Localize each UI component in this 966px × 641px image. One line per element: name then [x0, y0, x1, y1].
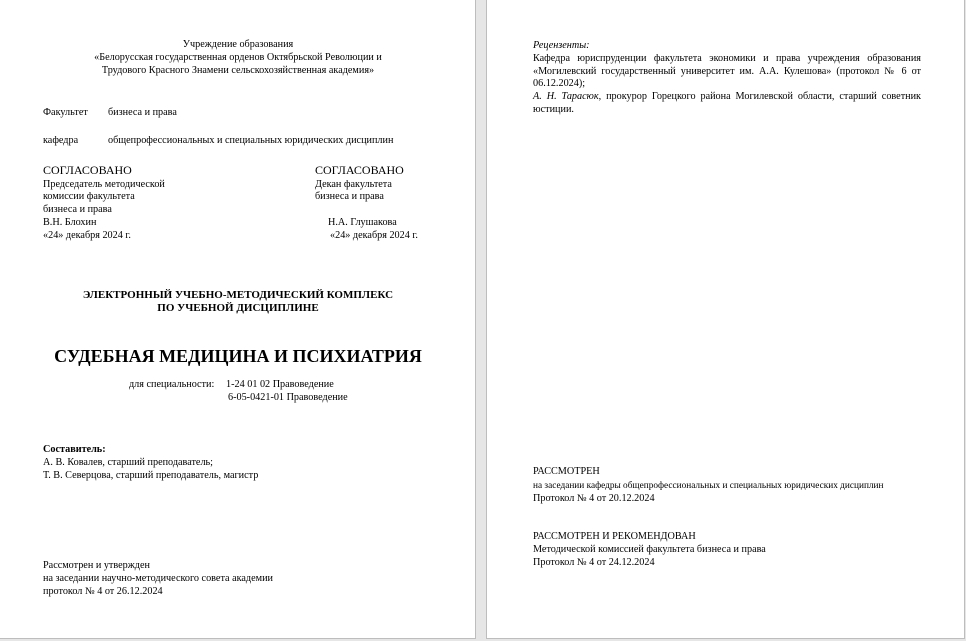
compilers-heading: Составитель:	[43, 444, 106, 457]
faculty-value: бизнеса и права	[108, 107, 177, 120]
approved-line-3: протокол № 4 от 26.12.2024	[43, 586, 163, 599]
complex-title-line-1: ЭЛЕКТРОННЫЙ УЧЕБНО-МЕТОДИЧЕСКИЙ КОМПЛЕКС	[0, 289, 476, 302]
reviewed-line-2: Протокол № 4 от 20.12.2024	[533, 493, 655, 506]
approved-line-2: на заседании научно-методического совета…	[43, 573, 273, 586]
reviewed-heading: РАССМОТРЕН	[533, 466, 600, 479]
approval-left-signer: В.Н. Блохин	[43, 217, 96, 230]
complex-title-line-2: ПО УЧЕБНОЙ ДИСЦИПЛИНЕ	[0, 302, 476, 315]
document-page-2: Рецензенты: Кафедра юриспруденции факуль…	[486, 0, 965, 639]
institution-line-3: Трудового Красного Знамени сельскохозяйс…	[0, 65, 476, 78]
department-value: общепрофессиональных и специальных юриди…	[108, 135, 393, 148]
reviewer-item-2: А. Н. Тарасюк, прокурор Горецкого района…	[533, 91, 921, 116]
approval-left-line: бизнеса и права	[43, 204, 112, 217]
institution-line-1: Учреждение образования	[0, 39, 476, 52]
specialty-item: 1-24 01 02 Правоведение	[226, 379, 334, 392]
approval-left-heading: СОГЛАСОВАНО	[43, 164, 132, 177]
approval-right-date: «24» декабря 2024 г.	[330, 230, 418, 243]
compiler-item: А. В. Ковалев, старший преподаватель;	[43, 457, 213, 470]
approval-left-line: Председатель методической	[43, 179, 165, 192]
approval-right-heading: СОГЛАСОВАНО	[315, 164, 404, 177]
discipline-title: СУДЕБНАЯ МЕДИЦИНА И ПСИХИАТРИЯ	[0, 345, 476, 367]
reviewed-line-1: на заседании кафедры общепрофессиональны…	[533, 480, 884, 493]
specialty-item: 6-05-0421-01 Правоведение	[228, 392, 348, 405]
compiler-item: Т. В. Северцова, старший преподаватель, …	[43, 470, 258, 483]
institution-line-2: «Белорусская государственная орденов Окт…	[0, 52, 476, 65]
approved-line-1: Рассмотрен и утвержден	[43, 560, 150, 573]
document-page-1: Учреждение образования «Белорусская госу…	[0, 0, 476, 639]
department-label: кафедра	[43, 135, 78, 148]
specialties-label: для специальности:	[129, 379, 214, 392]
reviewer-item-1: Кафедра юриспруденции факультета экономи…	[533, 53, 921, 91]
approval-right-line: бизнеса и права	[315, 191, 384, 204]
approval-right-line: Декан факультета	[315, 179, 392, 192]
reviewer-name: А. Н. Тарасюк,	[533, 91, 601, 102]
recommended-heading: РАССМОТРЕН И РЕКОМЕНДОВАН	[533, 531, 696, 544]
faculty-label: Факультет	[43, 107, 88, 120]
recommended-line-2: Протокол № 4 от 24.12.2024	[533, 557, 655, 570]
approval-left-line: комиссии факультета	[43, 191, 135, 204]
reviewers-heading: Рецензенты:	[533, 40, 590, 53]
approval-right-signer: Н.А. Глушакова	[328, 217, 397, 230]
recommended-line-1: Методической комиссией факультета бизнес…	[533, 544, 766, 557]
approval-left-date: «24» декабря 2024 г.	[43, 230, 131, 243]
